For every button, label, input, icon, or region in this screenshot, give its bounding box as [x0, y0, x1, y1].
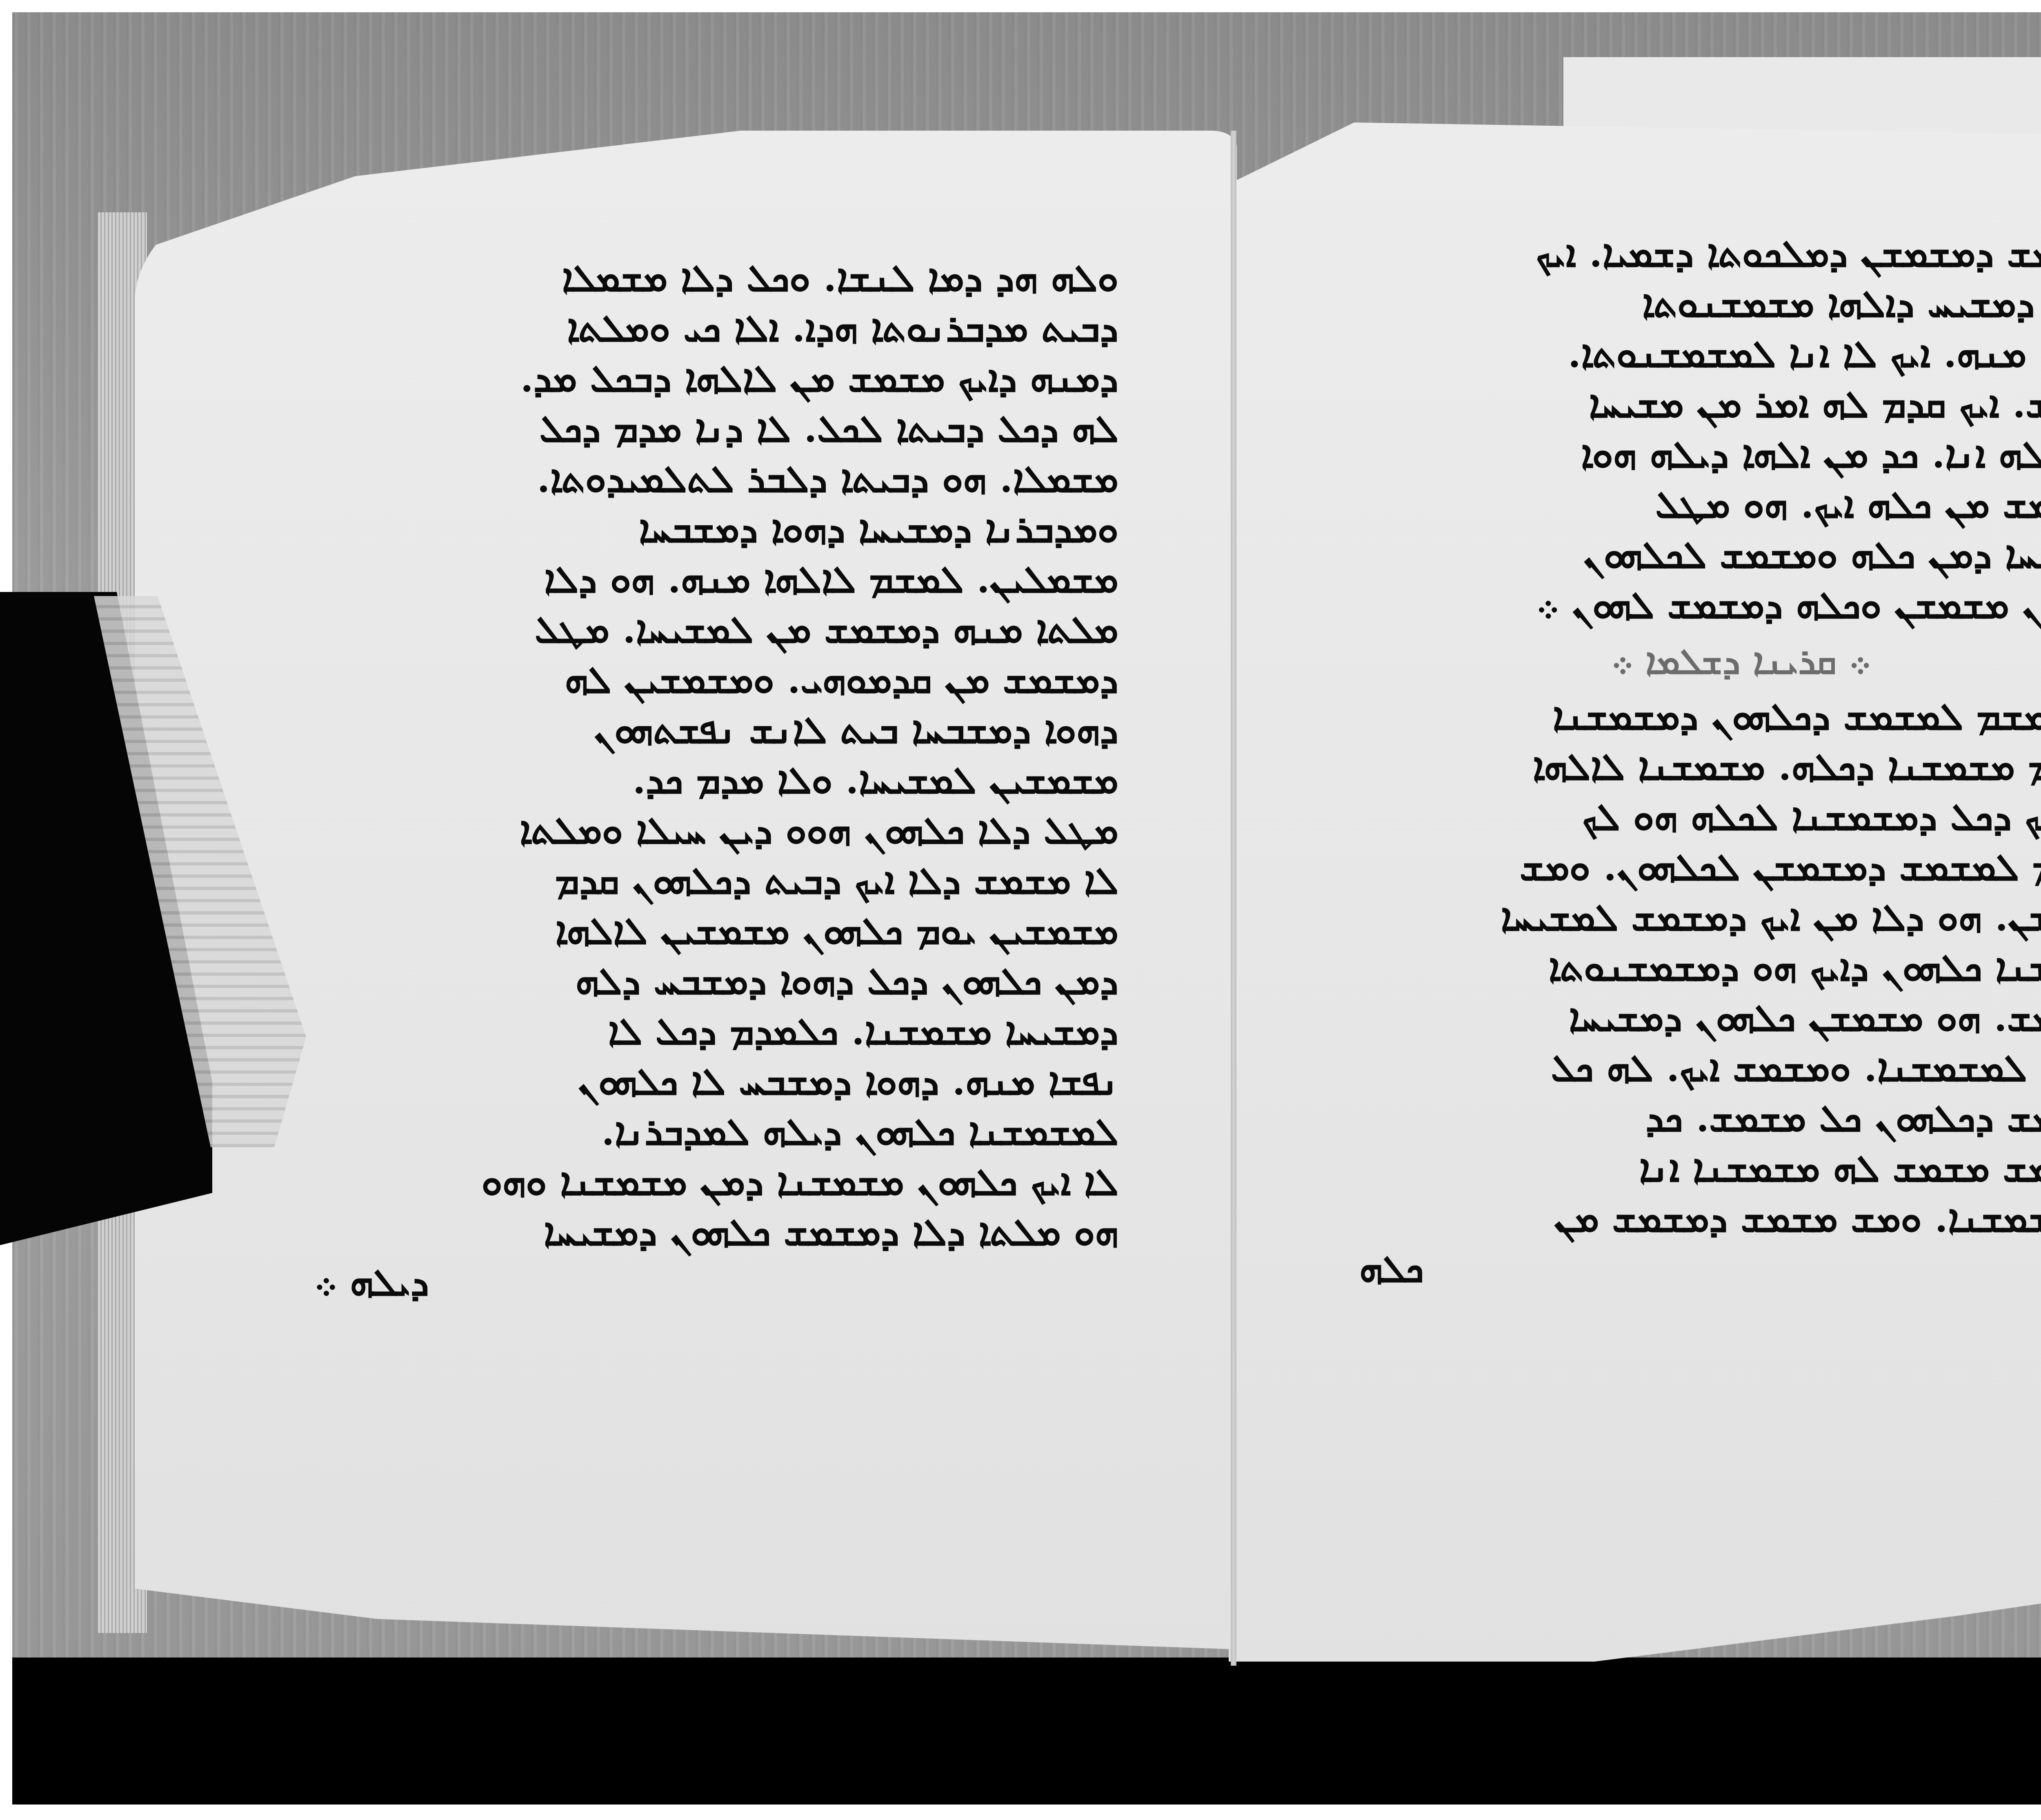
- text-line: ܕܟܠ ܡܫܡ ܠܡܫܡܫ ܕܟܠܗܘܢ ܕܡܫܡܫܢܐ: [1359, 692, 2041, 742]
- text-line: ܡܫܡܫܝܢ ܠܡܫܝܚܐ. ܘܠܐ ܡܕܡ ܟܕ.: [314, 755, 1118, 805]
- text-line: ܕܡܫܡܫ ܡܢ ܩܕܡܘܗܝ. ܘܡܫܡܫܝܢ ܠܗ: [314, 655, 1118, 705]
- text-line: ܕܡܫܡܫ. ܗܘ ܡܫܡܫܢ ܟܠܗܘܢ ܕܡܫܝܚܐ: [1359, 993, 2041, 1043]
- text-line: ܕܡܫܡ ܠܡܫܡܫ ܕܡܫܡܫܢ ܠܟܠܗܘܢ. ܘܡܫ: [1359, 842, 2041, 892]
- text-line: ܩܕܡ ܠܗ ܐܢܐ. ܟܕ ܡܢ ܐܠܗܐ ܕܝܠܗ ܗܘܐ: [1359, 429, 2041, 480]
- text-line: ܢܦܫܐ ܡܢܗ. ܕܗܘܐ ܕܡܫܒܚ ܠܐ ܟܠܗܘܢ: [314, 1057, 1118, 1107]
- text-line: ܕܒܝܬ ܡܕܒܪܢܘܬܐ ܗܕܐ. ܐܠܐ ܟܝ ܘܡܠܬܐ: [314, 303, 1118, 354]
- text-line: ܟܠܗ: [1359, 1244, 2041, 1294]
- text-line: ܕܝܠܗ ܀: [314, 1257, 1118, 1308]
- text-line: ܕܗܘܐ ܕܡܫܒܚܐ ܒܝܬ ܠܐܢܫ ܢܦܫܬܗܘܢ: [314, 705, 1118, 755]
- text-line: ܠܡܫܡܫ ܡܢ ܟܠܗ ܐܝܟ. ܗܘ ܡܛܠ: [1359, 480, 2041, 530]
- text-line: ܕܡܢܗ ܕܐܝܟ ܡܫܡܫ ܡܢ ܠܐܠܗܐ ܕܒܟܠ ܡܕ.: [314, 354, 1118, 404]
- text-line: ܡܫܡܠܝܢ. ܠܡܫܡ ܠܐܠܗܐ ܡܢܗ. ܗܘ ܕܠܐ: [314, 554, 1118, 605]
- text-line: ܠܡܫܝܚܐ ܕܡܢ ܟܠܗ ܘܡܫܡܫ ܠܟܠܗܘܢ: [1359, 530, 2041, 580]
- text-line: ܕܡܢ ܟܠܗܘܢ ܕܟܠ ܕܗܘܐ ܕܡܫܒܚ ܕܠܗ: [314, 956, 1118, 1006]
- rubric-heading: ܀ ܩܪܝܢܐ ܕܫܠܡܐ ܀: [1359, 630, 2041, 692]
- text-line: ܡܠܬܐ ܠܡܫܡܫܢܐ. ܘܡܫܡܫ ܐܝܟ. ܠܗ ܟܠ: [1359, 1043, 2041, 1093]
- text-line: ܕܟܠܗ ܡܢܗ. ܐܝܟ ܠܐ ܐܢܐ ܠܡܫܡܫܢܘܬܐ.: [1359, 329, 2041, 379]
- text-line: ܠܡܫܡܫ ܡܫܡܫ ܠܗ ܡܫܡܫܢܐ ܐܢܐ: [1359, 1144, 2041, 1194]
- text-line: ܡܛܠ ܕܡܫܝܚ ܕܐܠܗܐ ܡܫܡܫܢܘܬܐ: [1359, 279, 2041, 329]
- text-line: ܗܘ ܡܠܬܐ ܕܠܐ ܕܡܫܡܫ ܟܠܗܘܢ ܕܡܫܝܚܐ: [314, 1207, 1118, 1257]
- text-line: ܠܐ ܐܝܟ ܟܠܗܘܢ ܡܫܡܫܢܐ ܕܡܢ ܡܫܡܫܢܐ ܘܗܘ: [314, 1157, 1118, 1207]
- text-line: ܘܡܕܒܪܢܐ ܕܡܫܝܚܐ ܕܗܘܐ ܕܡܫܒܚܐ: [314, 504, 1118, 554]
- text-line: ܠܗ ܕܟܠ ܕܒܝܬܐ ܠܟܠ. ܠܐ ܕܢܐ ܡܕܡ ܕܟܠ: [314, 404, 1118, 454]
- text-line: ܡܫܡܫܢ. ܗܘ ܕܠܐ ܡܢ ܐܝܟ ܕܡܫܡܫ ܠܡܫܝܚܐ: [1359, 892, 2041, 943]
- text-line: ܡܠܬܐ ܡܢܗ ܕܡܫܡܫ ܡܢ ܠܡܫܝܚܐ. ܡܛܠ: [314, 605, 1118, 655]
- text-line: ܡܫܡܫܢܐ ܟܠܗܘܢ ܕܐܝܟ ܗܘ ܕܡܫܡܫܢܘܬܐ: [1359, 943, 2041, 993]
- text-line: ܗܘ ܐܝܟ ܕܟܠ ܕܡܫܡܫܢܐ ܠܟܠܗ ܗܘ ܠܟ: [1359, 792, 2041, 842]
- text-line: ܡܛܠ ܕܠܐ ܟܠܗܘܢ ܗܘܘ ܕܝܢ ܚܝܠܐ ܘܡܠܬܐ: [314, 805, 1118, 856]
- text-line: ܡܫܡܠܐ. ܗܘ ܕܒܝܬܐ ܕܠܒܪ ܠܬܠܡܝܕܘܬܐ.: [314, 454, 1118, 504]
- text-line: ܡܫܡܫܝܢ ܝܘܡ ܟܠܗܘܢ ܡܫܡܫܝܢ ܠܐܠܗܐ: [314, 906, 1118, 956]
- right-page-text: ܕܡܫܡܫ ܕܡܫܡܫܢ ܕܡܠܟܘܬܐ ܕܫܡܝܐ. ܐܝܟ ܡܛܠ ܕܡܫܝ…: [1359, 229, 2041, 1294]
- text-line: ܕܡܫܡܫ ܕܟܠܗܘܢ ܟܠ ܡܫܡܫ. ܟܕ: [1359, 1093, 2041, 1144]
- text-line: ܟܠܗܘܢ ܡܫܡܫܢ ܘܟܠܗ ܕܡܫܡܫ ܠܗܘܢ ܀: [1359, 580, 2041, 630]
- book-gutter: [1231, 131, 1236, 1666]
- text-line: ܠܐ ܡܫܡܫܢܐ. ܘܡܫ ܡܫܡܫ ܕܡܫܡܫ ܡܢ: [1359, 1194, 2041, 1244]
- text-line: ܠܡܫܡܫܢܐ ܟܠܗܘܢ ܕܝܠܗ ܠܡܕܒܪܢܐ.: [314, 1107, 1118, 1157]
- text-line: ܠܐ ܡܫܡܫ ܕܠܐ ܐܝܟ ܕܒܝܬ ܕܟܠܗܘܢ ܩܕܡ: [314, 856, 1118, 906]
- left-page-text: ܘܠܗ ܗܕ ܕܡܐ ܠܢܫܐ. ܘܟܠ ܕܠܐ ܡܫܡܠܐ ܕܒܝܬ ܡܕܒܪ…: [314, 253, 1118, 1308]
- text-line: ܡܫܡܫ. ܐܝܟ ܩܕܡ ܠܗ ܐܡܪ ܡܢ ܡܫܝܚܐ: [1359, 379, 2041, 429]
- text-line: ܕܡܫܡܫ ܕܡܫܡܫܢ ܕܡܠܟܘܬܐ ܕܫܡܝܐ. ܐܝܟ: [1359, 229, 2041, 279]
- text-line: ܕܡܫܝܚܐ ܡܫܡܫܢܐ. ܟܠܡܕܡ ܕܟܠ ܠܐ: [314, 1006, 1118, 1057]
- bottom-dark-background: [12, 1658, 2041, 1804]
- text-line: ܠܡܫܡ ܡܫܡܫܢܐ ܕܟܠܗ. ܡܫܡܫܢܐ ܠܐܠܗܐ: [1359, 742, 2041, 792]
- text-line: ܘܠܗ ܗܕ ܕܡܐ ܠܢܫܐ. ܘܟܠ ܕܠܐ ܡܫܡܠܐ: [314, 253, 1118, 303]
